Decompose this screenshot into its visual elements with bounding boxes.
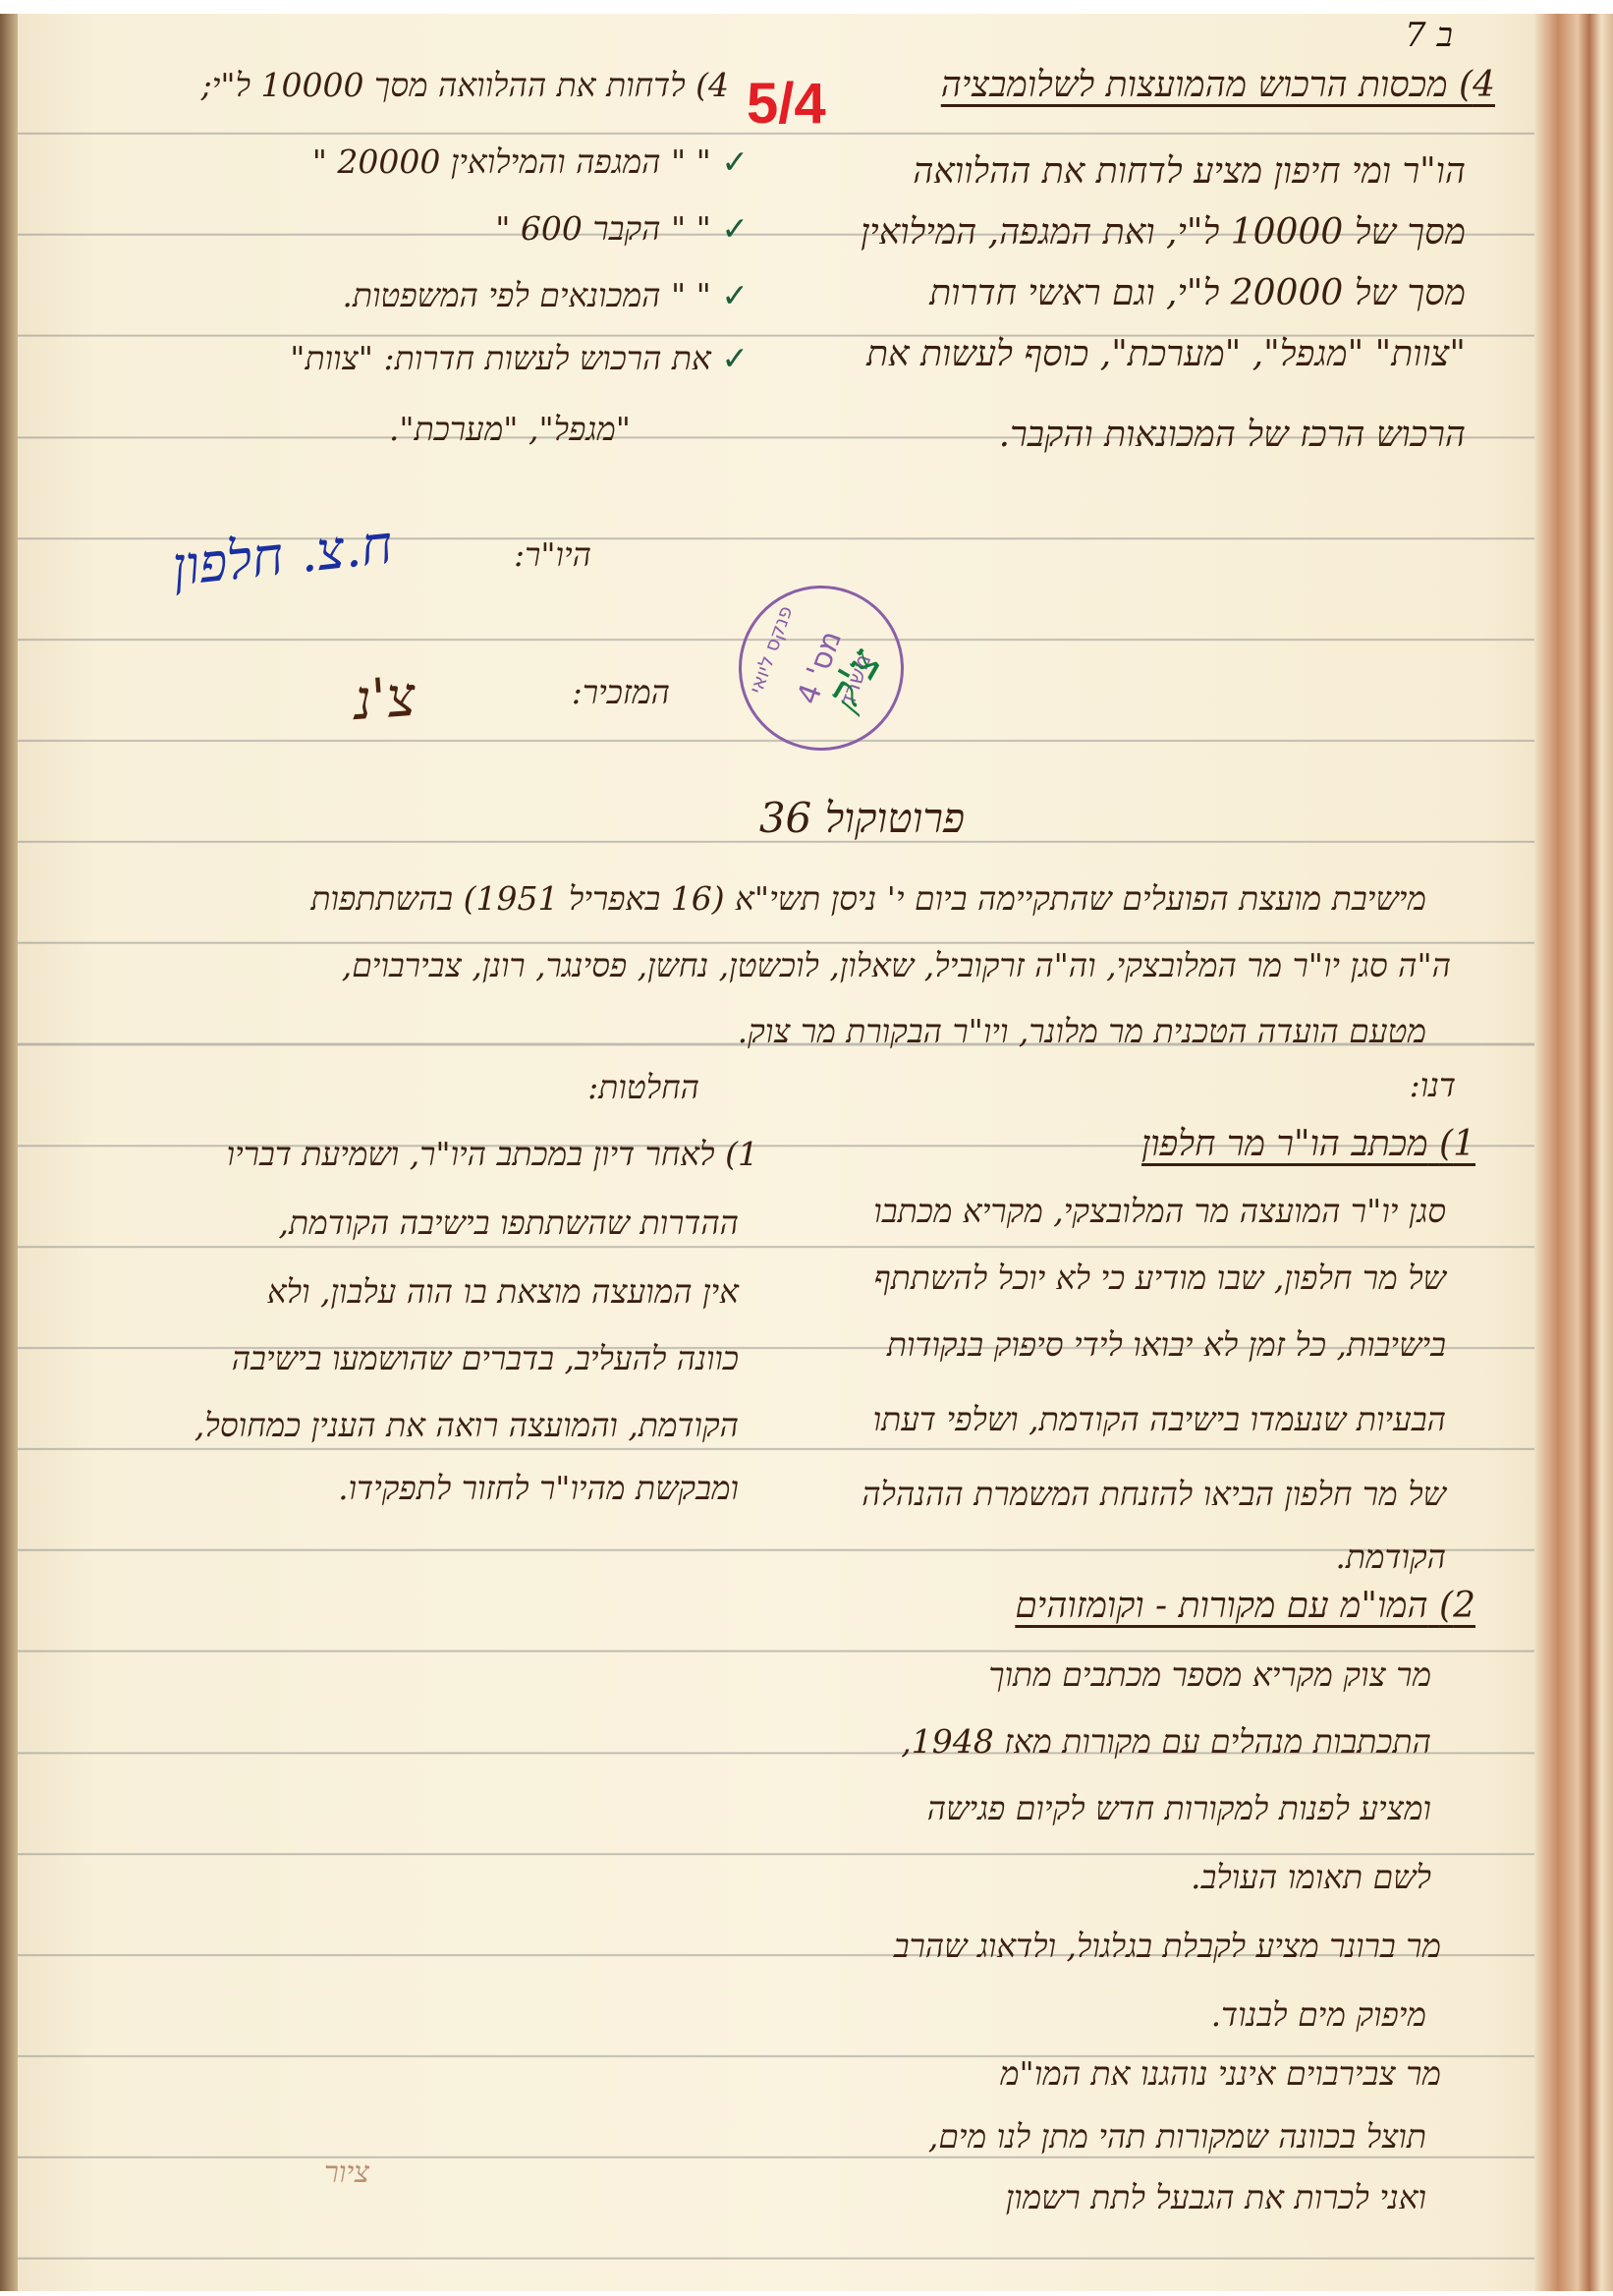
check-mark-icon: ✓ [721,339,749,377]
chair-signature: ח.צ. חלפון [169,513,395,597]
margin-sketch: ציור [324,2156,369,2190]
secretary-label: המזכיר: [572,643,670,742]
chair-label: היו"ר: [514,505,591,604]
office-stamp: פנקס ליואי מס' 4 משרד [715,562,926,773]
section-4-heading: 4) מכסות הרכוש מהמועצות לשלומבציה [941,35,1495,135]
section-4-line-5: הרכוש הרכז של המכונאות והקבר. [999,385,1466,484]
decision-1-line: ומבקשת מהיו"ר לחזור לתפקידו. [338,1438,739,1538]
protocol-intro-line-3: מטעם הועדה הטכנית מר מלונר, ויו"ר הבקורת… [738,981,1426,1081]
secretary-signature: צ'נ [352,665,417,733]
decision-4-continuation: "מגפל", "מערכת". [389,379,631,478]
check-mark-icon: ✓ [721,209,749,248]
notebook-binding [1534,14,1613,2291]
agenda-item-2-line: ואני לכרות את הגבעל לתת רשמון [1006,2148,1426,2247]
red-date-annotation: 5/4 [747,71,826,137]
check-mark-icon: ✓ [721,142,749,181]
notebook-page: ב 7 5/4 4) מכסות הרכוש מהמועצות לשלומבצי… [0,14,1613,2291]
